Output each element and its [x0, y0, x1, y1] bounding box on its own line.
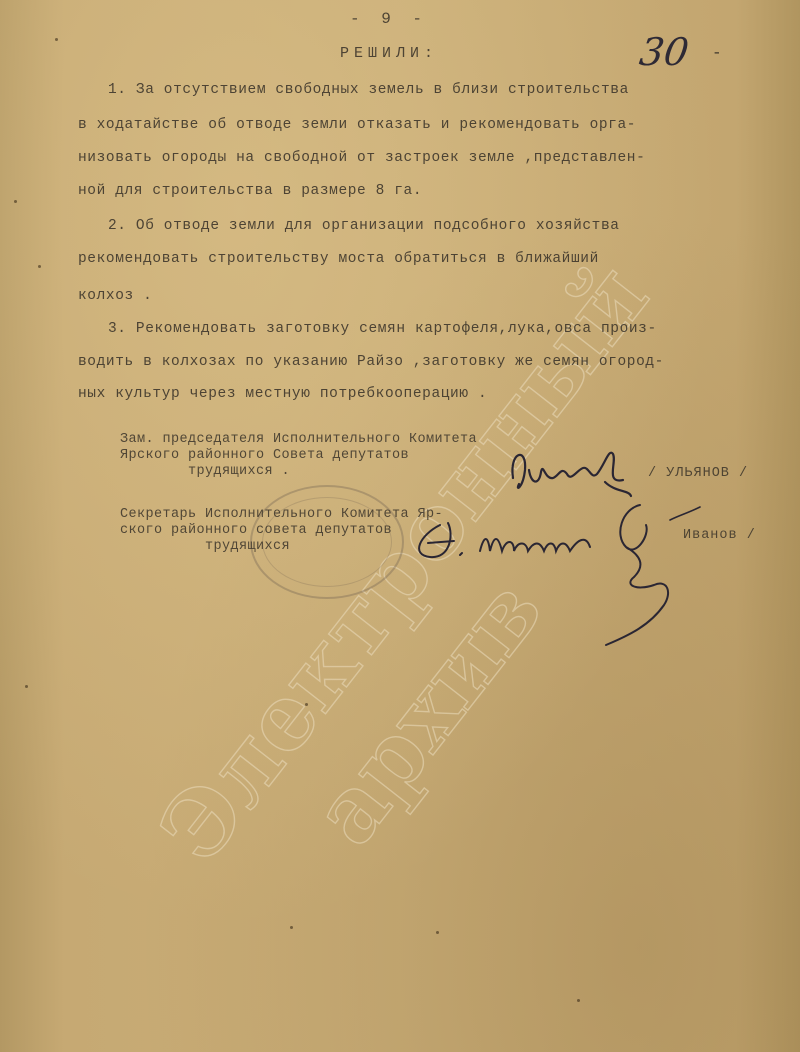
paragraph-2-line-3: колхоз . — [78, 288, 152, 304]
paragraph-1-line-4: ной для строительства в размере 8 га. — [78, 183, 422, 199]
secretary-title-line-1: Секретарь Исполнительного Комитета Яр- — [120, 507, 443, 522]
paper-speck — [38, 265, 41, 268]
folio-mark: - — [712, 44, 722, 62]
paper-speck — [577, 999, 580, 1002]
secretary-title-line-2: ского районного совета депутатов — [120, 523, 392, 538]
secretary-title-line-3: трудящихся — [120, 539, 290, 554]
deputy-chairman-name: / УЛЬЯНОВ / — [648, 466, 748, 481]
paragraph-3-line-3: ных культур через местную потребкооперац… — [78, 386, 487, 402]
handwritten-signature-ivanov — [410, 495, 710, 655]
paper-speck — [290, 926, 293, 929]
secretary-name: Иванов / — [683, 528, 756, 543]
paper-speck — [436, 931, 439, 934]
paragraph-1-line-2: в ходатайстве об отводе земли отказать и… — [78, 117, 636, 133]
paragraph-3-line-1: 3. Рекомендовать заготовку семян картофе… — [108, 321, 657, 337]
paragraph-3-line-2: водить в колхозах по указанию Райзо ,заг… — [78, 354, 664, 370]
deputy-chairman-title-line-3: трудящихся . — [120, 464, 290, 479]
paragraph-2-line-1: 2. Об отводе земли для организации подсо… — [108, 218, 620, 234]
handwritten-folio-number: 30 — [637, 30, 692, 74]
deputy-chairman-title-line-1: Зам. председателя Исполнительного Комите… — [120, 432, 477, 447]
page-number: - 9 - — [350, 10, 428, 28]
deputy-chairman-title-line-2: Ярского районного Совета депутатов — [120, 448, 409, 463]
decision-heading: РЕШИЛИ: — [340, 45, 438, 62]
paragraph-1-line-3: низовать огороды на свободной от застрое… — [78, 150, 645, 166]
paper-speck — [14, 200, 17, 203]
paper-speck — [55, 38, 58, 41]
paper-speck — [25, 685, 28, 688]
handwritten-signature-ulyanov — [505, 440, 635, 500]
paragraph-2-line-2: рекомендовать строительству моста обрати… — [78, 251, 599, 267]
paper-speck — [305, 703, 308, 706]
document-page: Электронный архив - 9 - 30 - РЕШИЛИ: 1. … — [0, 0, 800, 1052]
paragraph-1-line-1: 1. За отсутствием свободных земель в бли… — [108, 82, 629, 98]
